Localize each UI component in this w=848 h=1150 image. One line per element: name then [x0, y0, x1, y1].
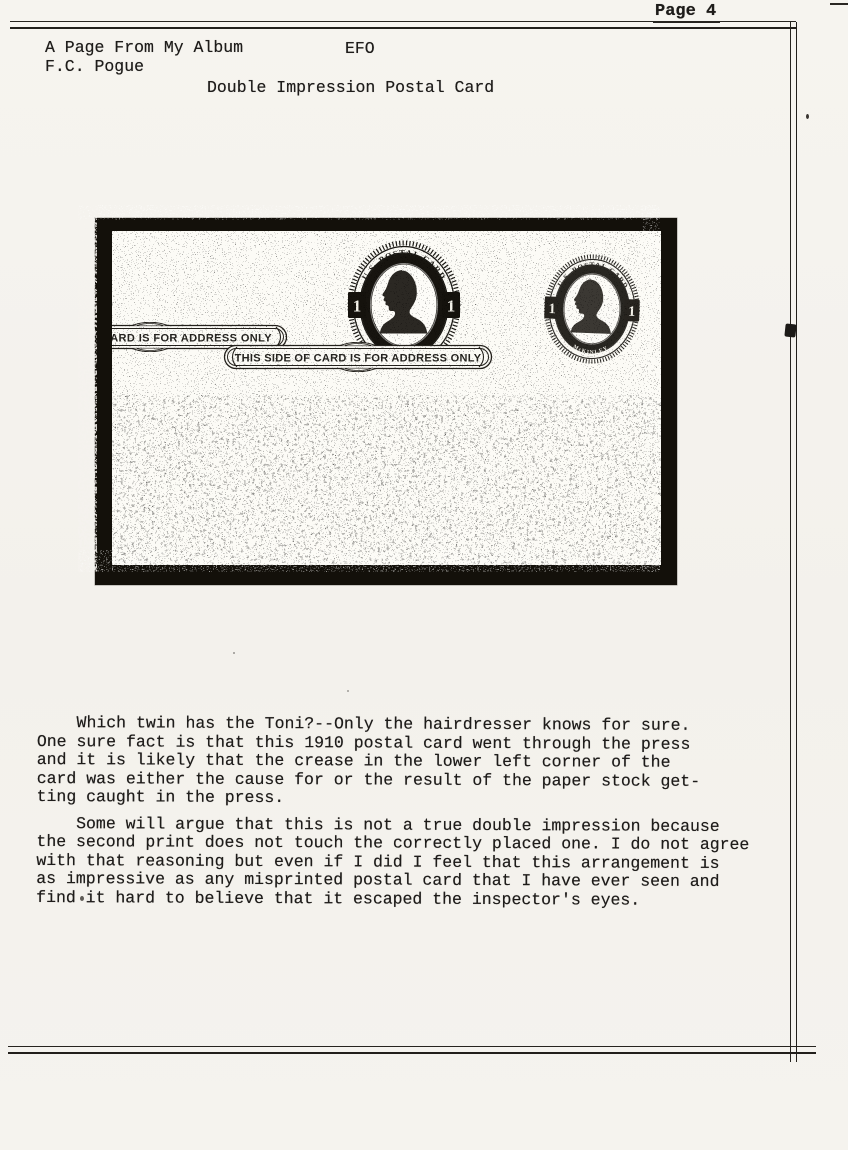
scan-artifact-blob	[784, 323, 796, 337]
scan-speck	[233, 652, 235, 654]
address-banner-full: THIS SIDE OF CARD IS FOR ADDRESS ONLY	[223, 342, 493, 372]
stamp-denomination-right: 1	[447, 297, 456, 316]
body-text-block: Which twin has the Toni?--Only the haird…	[36, 714, 750, 911]
paragraph1-line: ting caught in the press.	[37, 788, 750, 810]
scanned-document-page: Page 4 A Page From My Album EFO F.C. Pog…	[0, 0, 848, 1150]
paragraph2-line: find it hard to believe that it escaped …	[36, 889, 749, 911]
byline-line2: F.C. Pogue	[45, 57, 144, 76]
page-number: Page 4	[653, 2, 720, 23]
page-title: Double Impression Postal Card	[207, 78, 494, 97]
frame-border-bottom	[8, 1046, 816, 1054]
address-banner-full-text: THIS SIDE OF CARD IS FOR ADDRESS ONLY	[235, 353, 482, 365]
stamp-denomination-left: 1	[548, 301, 556, 317]
stamp-denomination-left: 1	[353, 297, 362, 316]
stamp-denomination-right: 1	[628, 304, 636, 320]
scan-speck	[806, 114, 809, 119]
postal-card-face: 1 1 U.S. POSTAL CARD McKINLEY	[112, 231, 661, 565]
byline-line1: A Page From My Album	[45, 38, 243, 57]
postal-card-photo: 1 1 U.S. POSTAL CARD McKINLEY	[95, 218, 677, 585]
frame-border-top	[10, 21, 796, 29]
category-label: EFO	[345, 39, 375, 58]
scan-artifact-line	[830, 3, 848, 5]
stamp-impression-2: 1 1 U.S. POSTAL CARD McKINLEY	[540, 248, 644, 369]
scan-speck	[347, 690, 349, 692]
frame-border-right	[790, 22, 797, 1062]
